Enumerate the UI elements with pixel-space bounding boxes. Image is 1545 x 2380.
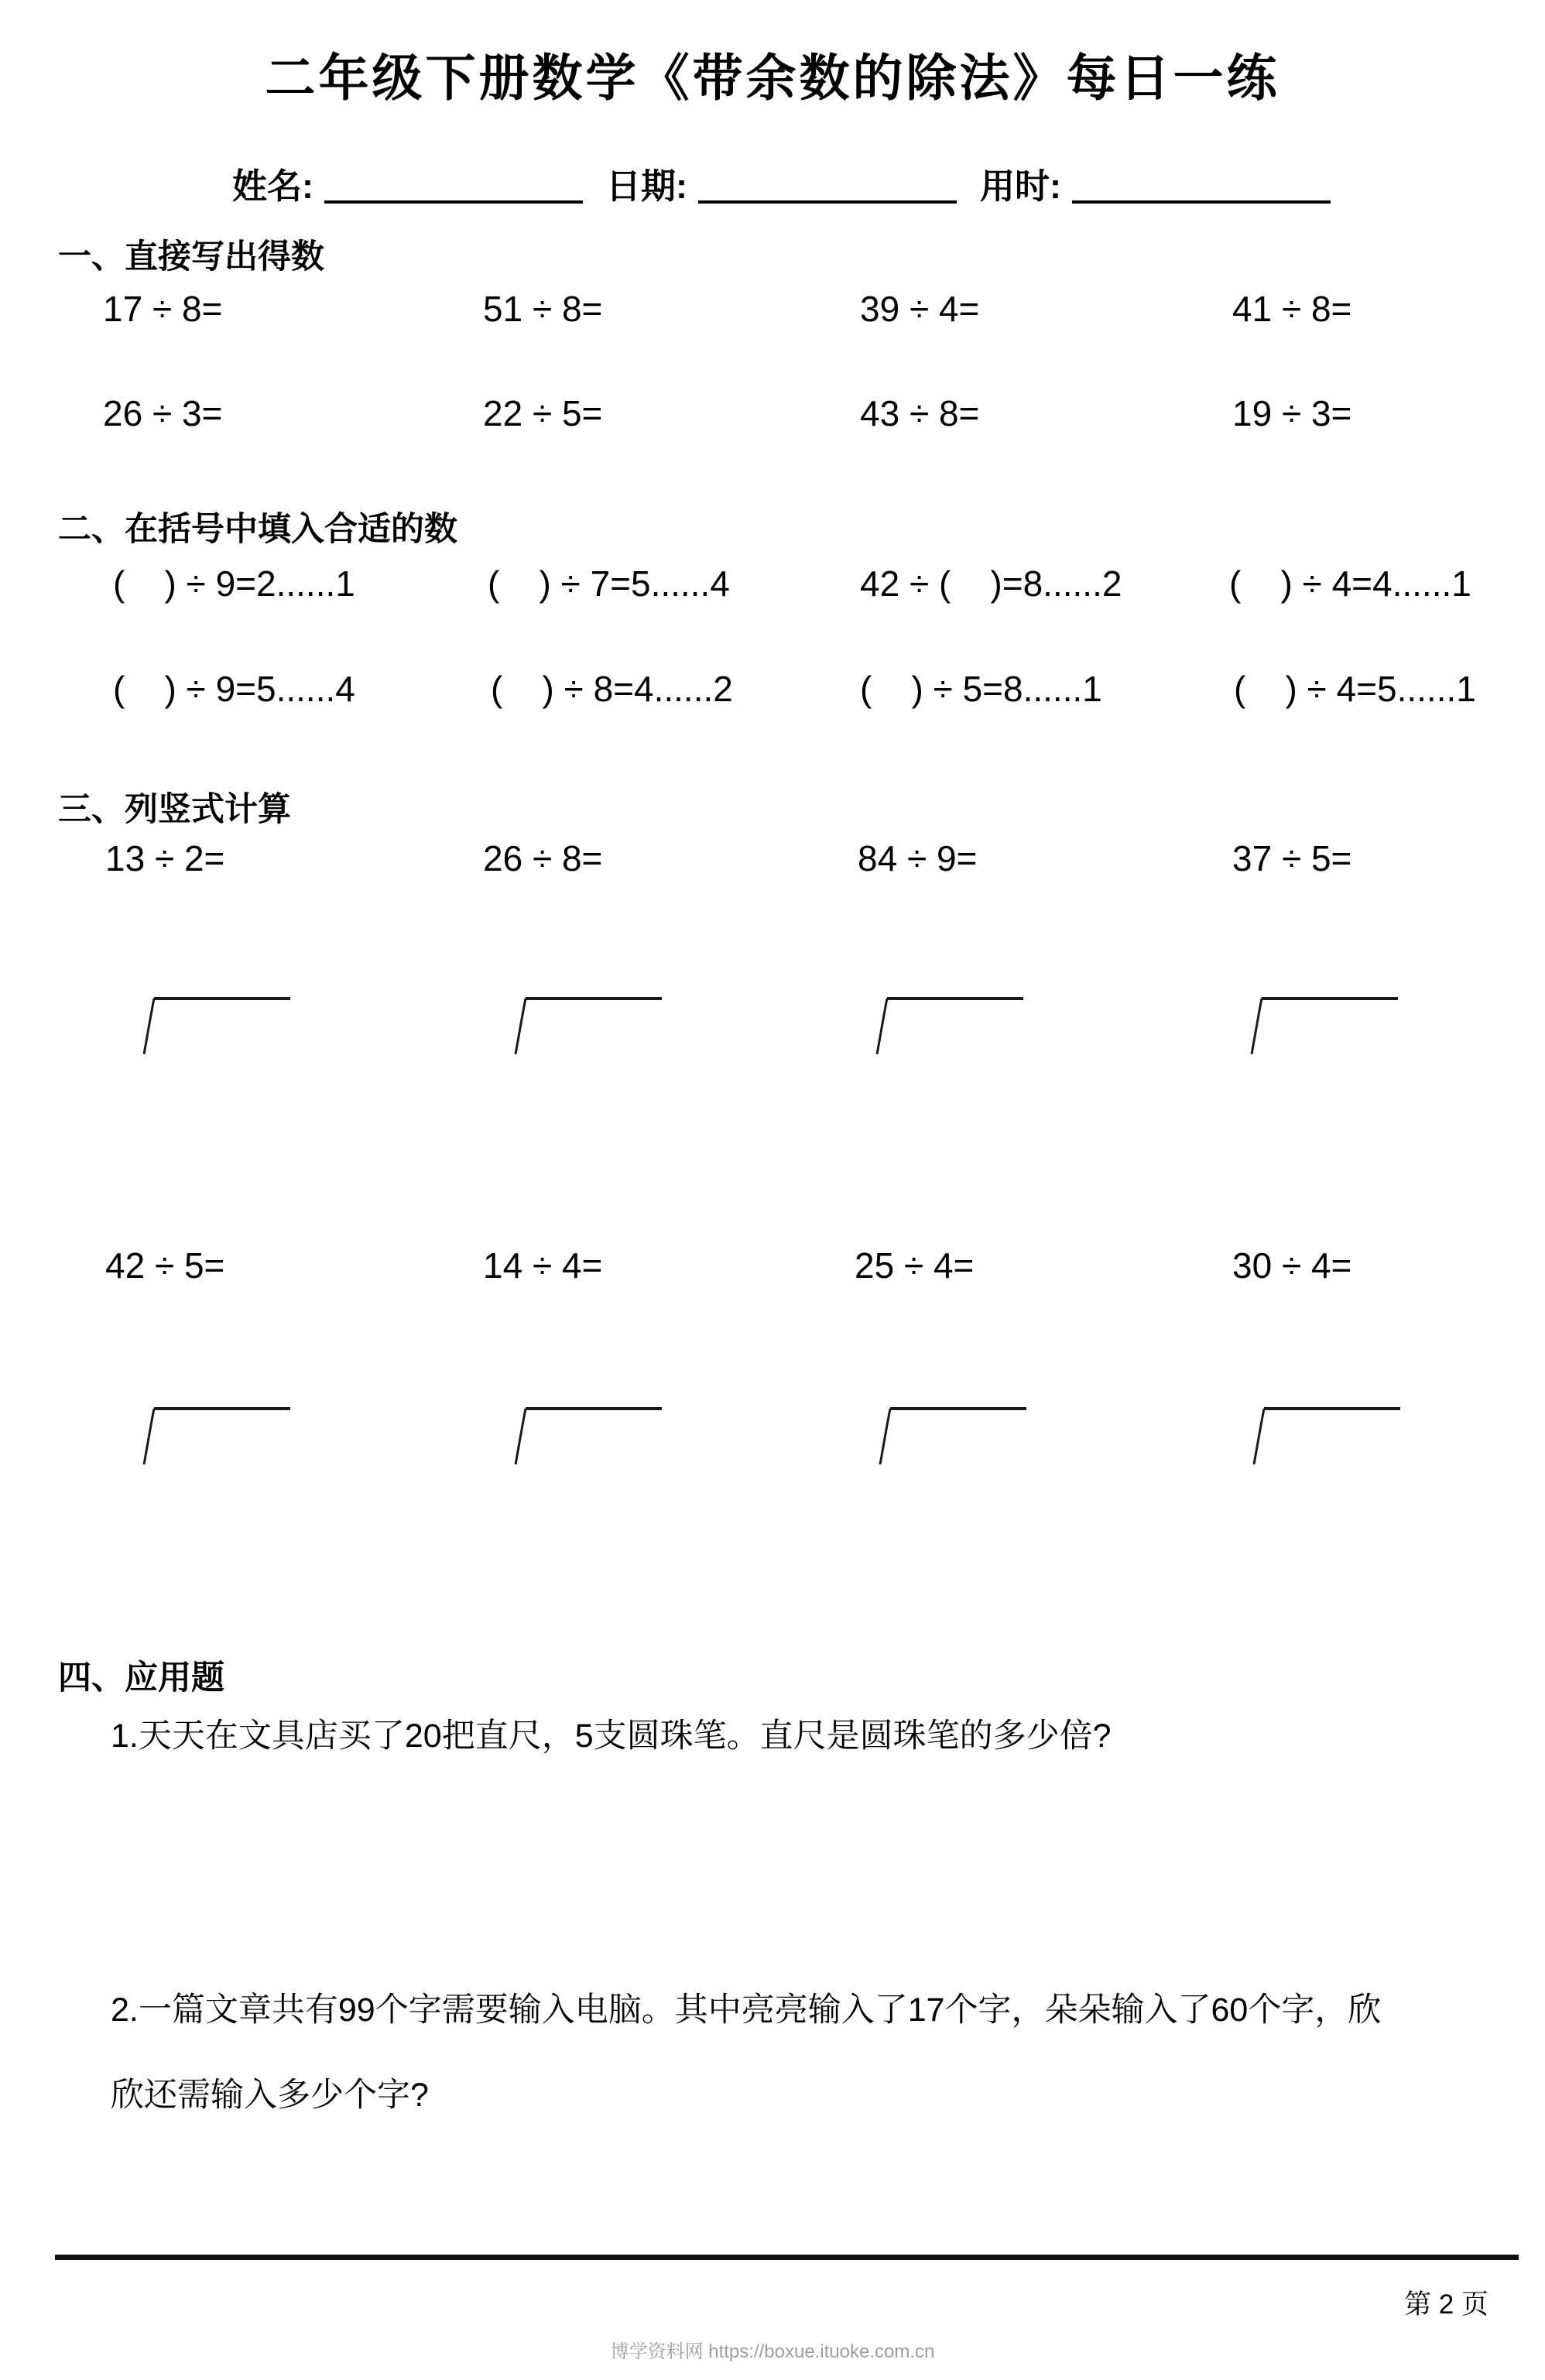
section3-heading: 三、列竖式计算 (58, 783, 291, 830)
problem: ( ) ÷ 9=2......1 (113, 566, 355, 601)
section1-row1: 17 ÷ 8= 51 ÷ 8= 39 ÷ 4= 41 ÷ 8= (0, 291, 1545, 337)
problem: 19 ÷ 3= (1232, 396, 1351, 431)
worksheet-page: 二年级下册数学《带余数的除法》每日一练 姓名: 日期: 用时: 一、直接写出得数… (0, 0, 1545, 2380)
section3-row2: 42 ÷ 5= 14 ÷ 4= 25 ÷ 4= 30 ÷ 4= (0, 1248, 1545, 1294)
section2-row1: ( ) ÷ 9=2......1 ( ) ÷ 7=5......4 42 ÷ (… (0, 566, 1545, 612)
page-title: 二年级下册数学《带余数的除法》每日一练 (0, 37, 1545, 110)
long-division-bracket (512, 1406, 663, 1471)
problem: 26 ÷ 3= (103, 396, 222, 431)
section2-row2: ( ) ÷ 9=5......4 ( ) ÷ 8=4......2 ( ) ÷ … (0, 671, 1545, 717)
section1-row2: 26 ÷ 3= 22 ÷ 5= 43 ÷ 8= 19 ÷ 3= (0, 396, 1545, 442)
date-blank-line (698, 171, 957, 204)
problem: 25 ÷ 4= (855, 1248, 974, 1283)
problem: 37 ÷ 5= (1232, 841, 1351, 876)
name-label: 姓名: (232, 166, 313, 207)
watermark-text: 博学资料网 https://boxue.ituoke.com.cn (0, 2336, 1545, 2363)
footer-divider (55, 2255, 1519, 2260)
long-division-bracket (140, 995, 292, 1060)
problem: 39 ÷ 4= (860, 291, 979, 327)
problem: 84 ÷ 9= (858, 841, 977, 876)
problem: ( ) ÷ 7=5......4 (488, 566, 730, 601)
problem: 42 ÷ ( )=8......2 (860, 566, 1122, 601)
problem: 14 ÷ 4= (483, 1248, 602, 1283)
problem: 26 ÷ 8= (483, 841, 602, 876)
problem: 51 ÷ 8= (483, 291, 602, 327)
long-division-bracket (512, 995, 663, 1060)
long-division-bracket (140, 1406, 292, 1471)
page-number: 第 2 页 (1404, 2283, 1488, 2322)
student-info-row: 姓名: 日期: 用时: (232, 166, 1331, 207)
name-blank-line (324, 171, 583, 204)
word-problem-2-line2: 欣还需输入多少个字? (111, 2079, 429, 2112)
section2-heading: 二、在括号中填入合适的数 (58, 503, 457, 550)
date-label: 日期: (606, 166, 687, 207)
long-division-bracket (1248, 995, 1399, 1060)
problem: 22 ÷ 5= (483, 396, 602, 431)
problem: 30 ÷ 4= (1232, 1248, 1351, 1283)
section1-heading: 一、直接写出得数 (58, 231, 324, 278)
problem: 41 ÷ 8= (1232, 291, 1351, 327)
section3-row1: 13 ÷ 2= 26 ÷ 8= 84 ÷ 9= 37 ÷ 5= (0, 841, 1545, 887)
problem: ( ) ÷ 8=4......2 (491, 671, 733, 707)
word-problem-2-line1: 2.一篇文章共有99个字需要输入电脑。其中亮亮输入了17个字，朵朵输入了60个字… (111, 1994, 1381, 2027)
long-division-bracket (876, 1406, 1028, 1471)
problem: ( ) ÷ 5=8......1 (860, 671, 1102, 707)
long-division-bracket (1250, 1406, 1402, 1471)
problem: ( ) ÷ 4=4......1 (1229, 566, 1471, 601)
section4-heading: 四、应用题 (58, 1652, 224, 1699)
time-blank-line (1072, 171, 1331, 204)
problem: ( ) ÷ 9=5......4 (113, 671, 355, 707)
word-problem-1: 1.天天在文具店买了20把直尺，5支圆珠笔。直尺是圆珠笔的多少倍? (111, 1720, 1112, 1753)
problem: 13 ÷ 2= (105, 841, 224, 876)
problem: ( ) ÷ 4=5......1 (1234, 671, 1476, 707)
problem: 17 ÷ 8= (103, 291, 222, 327)
problem: 42 ÷ 5= (105, 1248, 224, 1283)
problem: 43 ÷ 8= (860, 396, 979, 431)
time-label: 用时: (980, 166, 1061, 207)
long-division-bracket (873, 995, 1025, 1060)
